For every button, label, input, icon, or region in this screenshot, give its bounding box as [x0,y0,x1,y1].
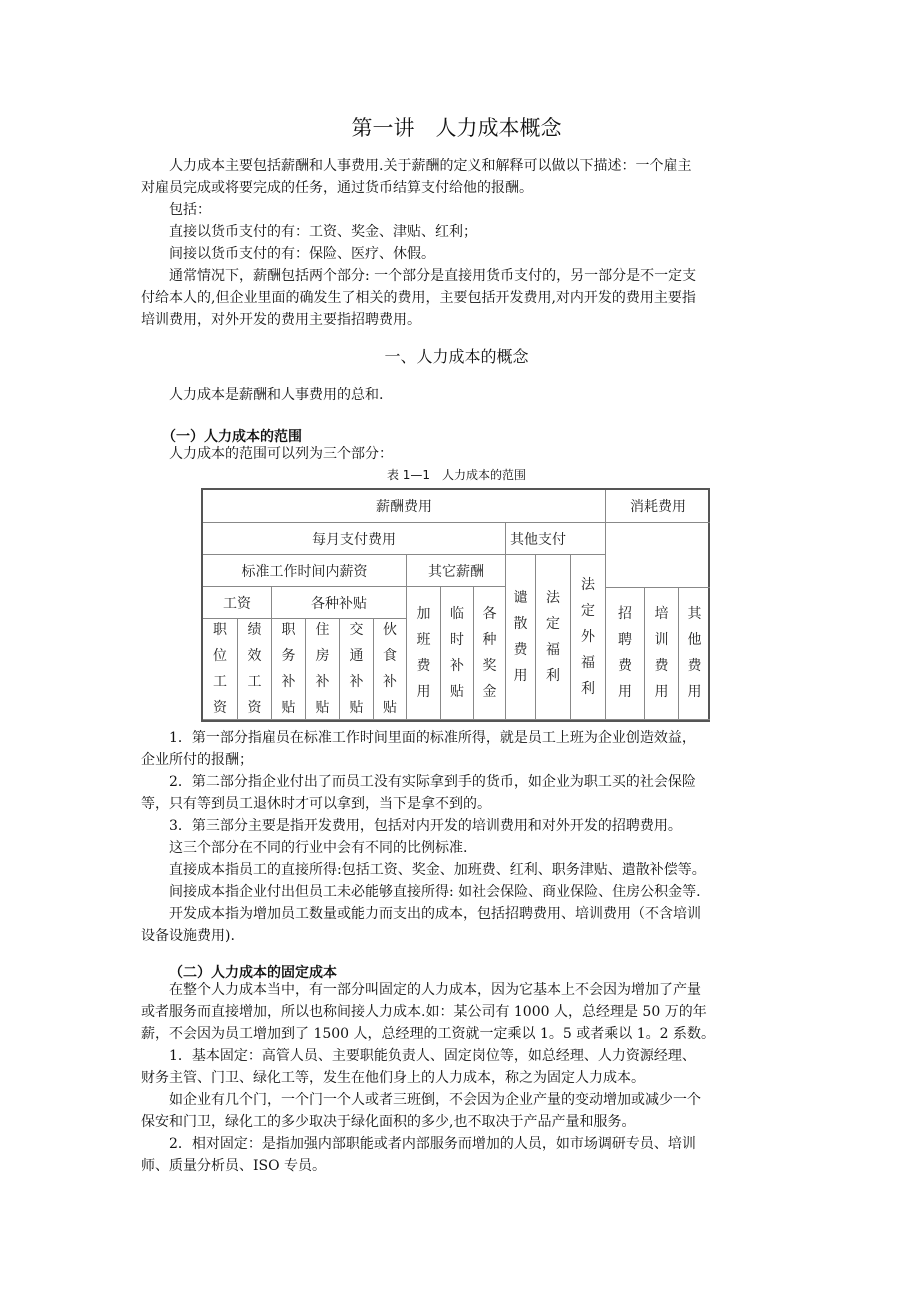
fixed-p3-l2: 保安和门卫，绿化工的多少取决于绿化面积的多少,也不取决于产品产量和服务。 [141,1111,635,1133]
header-consume: 消耗费用 [606,490,710,523]
fixed-p1-l3: 薪，不会因为员工增加到了 1500 人，总经理的工资就一定乘以 1。5 或者乘以… [141,1023,715,1045]
intro-p2: 包括： [169,199,211,221]
fixed-p2-l2: 财务主管、门卫、绿化工等，发生在他们身上的人力成本，称之为固定人力成本。 [141,1067,645,1089]
header-monthly: 每月支付费用 [203,523,506,555]
intro-p5-l2: 付给本人的,但企业里面的确发生了相关的费用，主要包括开发费用,对内开发的费用主要… [141,287,696,309]
fixed-p2-l1: 1．基本固定：高管人员、主要职能负责人、固定岗位等，如总经理、人力资源经理、 [169,1045,696,1067]
header-allowance: 各种补贴 [272,587,407,619]
intro-p1-l2: 对雇员完成或将要完成的任务，通过货币结算支付给他的报酬。 [141,177,533,199]
header-std-salary: 标准工作时间内薪资 [203,555,407,587]
definition-text: 人力成本是薪酬和人事费用的总和. [169,384,383,406]
col-transport-allowance: 交通补贴 [340,619,374,720]
fixed-p1-l1: 在整个人力成本当中，有一部分叫固定的人力成本，因为它基本上不会因为增加了产量 [169,979,701,1001]
part1-l2: 企业所付的报酬； [141,749,253,771]
header-wage: 工资 [203,587,272,619]
col-performance-wage: 绩效工资 [238,619,272,720]
col-statutory-welfare: 法定福利 [536,555,571,720]
col-other-expense: 其他费用 [679,587,710,720]
fixed-p4-l1: 2．相对固定：是指加强内部职能或者内部服务而增加的人员，如市场调研专员、培训 [169,1133,696,1155]
col-temp-allowance: 临时补贴 [441,587,474,720]
ratio-note: 这三个部分在不同的行业中会有不同的比例标准. [169,837,467,859]
col-training: 培训费用 [645,587,679,720]
intro-p1-l1: 人力成本主要包括薪酬和人事费用.关于薪酬的定义和解释可以做以下描述：一个雇主 [169,155,691,177]
cost-scope-table: 薪酬费用 消耗费用 每月支付费用 其他支付 标准工作时间内薪资 其它薪酬 工资 … [201,488,710,722]
intro-p5-l1: 通常情况下，薪酬包括两个部分: 一个部分是直接用货币支付的，另一部分是不一定支 [169,265,696,287]
indirect-cost: 间接成本指企业付出但员工未必能够直接所得: 如社会保险、商业保险、住房公积金等. [169,881,701,903]
intro-p4: 间接以货币支付的有：保险、医疗、休假。 [169,243,435,265]
col-overtime: 加班费用 [407,587,441,720]
col-recruit: 招聘费用 [606,587,645,720]
part2-l2: 等，只有等到员工退休时才可以拿到，当下是拿不到的。 [141,793,491,815]
col-housing-allowance: 住房补贴 [306,619,340,720]
scope-lead: 人力成本的范围可以列为三个部分： [169,443,393,465]
header-other-salary: 其它薪酬 [407,555,506,587]
intro-p3: 直接以货币支付的有：工资、奖金、津贴、红利； [169,221,477,243]
part1-l1: 1．第一部分指雇员在标准工作时间里面的标准所得，就是员工上班为企业创造效益， [169,727,696,749]
section-heading: 一、人力成本的概念 [0,344,913,367]
direct-cost: 直接成本指员工的直接所得:包括工资、奖金、加班费、红利、职务津贴、遣散补偿等。 [169,859,706,881]
col-duty-allowance: 职务补贴 [272,619,306,720]
fixed-p1-l2: 或者服务而直接增加，所以也称间接人力成本.如：某公司有 1000 人，总经理是 … [141,1001,707,1023]
col-meal-allowance: 伙食补贴 [374,619,407,720]
dev-cost-l1: 开发成本指为增加员工数量或能力而支出的成本，包括招聘费用、培训费用（不含培训 [169,903,701,925]
col-extra-welfare: 法定外福利 [571,555,606,720]
part2-l1: 2．第二部分指企业付出了而员工没有实际拿到手的货币，如企业为职工买的社会保险 [169,771,696,793]
part3: 3．第三部分主要是指开发费用，包括对内开发的培训费用和对外开发的招聘费用。 [169,815,682,837]
page-title: 第一讲 人力成本概念 [0,112,913,142]
consume-blank [606,523,710,588]
header-other-pay: 其他支付 [506,523,606,555]
fixed-p4-l2: 师、质量分析员、ISO 专员。 [141,1155,326,1177]
col-position-wage: 职位工资 [203,619,238,720]
dev-cost-l2: 设备设施费用). [141,925,235,947]
intro-p5-l3: 培训费用，对外开发的费用主要指招聘费用。 [141,309,421,331]
table-caption: 表 1—1 人力成本的范围 [0,466,913,483]
header-salary: 薪酬费用 [203,490,606,523]
col-severance: 谴散费用 [506,555,536,720]
col-bonuses: 各种奖金 [474,587,506,720]
fixed-p3-l1: 如企业有几个门，一个门一个人或者三班倒，不会因为企业产量的变动增加或减少一个 [169,1089,701,1111]
